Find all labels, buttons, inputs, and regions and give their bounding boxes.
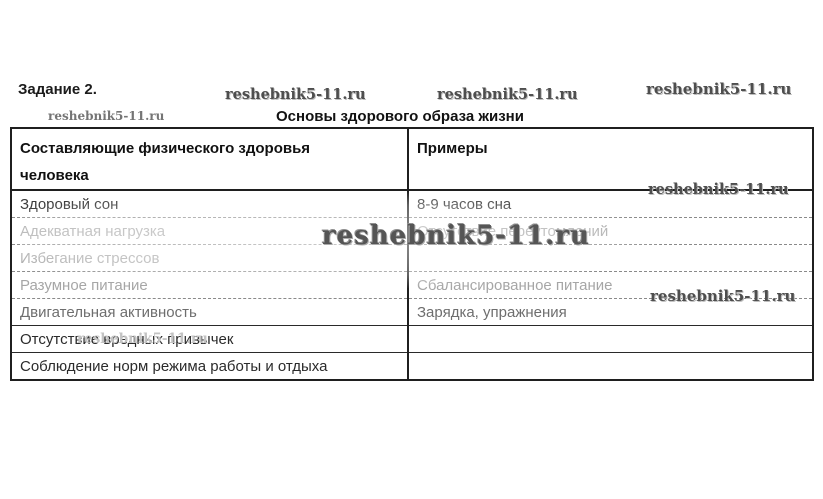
health-components-table: Составляющие физического здоровья челове… xyxy=(10,127,814,381)
header-cell-components: Составляющие физического здоровья челове… xyxy=(11,128,408,190)
header-cell-examples: Примеры xyxy=(408,128,813,190)
component-cell: Разумное питание xyxy=(11,272,408,299)
component-cell: Двигательная активность xyxy=(11,299,408,326)
example-cell xyxy=(408,353,813,381)
table-row: Отсутствие вредных привычек xyxy=(11,326,813,353)
example-cell: Отсутствие переутомлений xyxy=(408,218,813,245)
header-components-label: Составляющие физического здоровья челове… xyxy=(20,135,355,189)
component-cell: Здоровый сон xyxy=(11,190,408,218)
document-page: Задание 2. reshebnik5-11.ru reshebnik5-1… xyxy=(0,0,823,499)
component-cell: Избегание стрессов xyxy=(11,245,408,272)
table-row: Избегание стрессов xyxy=(11,245,813,272)
page-title: Основы здорового образа жизни xyxy=(0,108,800,125)
header-examples-label: Примеры xyxy=(417,140,488,157)
table-row: Адекватная нагрузка Отсутствие переутомл… xyxy=(11,218,813,245)
example-cell: Зарядка, упражнения xyxy=(408,299,813,326)
table-header-row: Составляющие физического здоровья челове… xyxy=(11,128,813,190)
table-row: Соблюдение норм режима работы и отдыха xyxy=(11,353,813,381)
table-row: Двигательная активность Зарядка, упражне… xyxy=(11,299,813,326)
table-row: Здоровый сон 8-9 часов сна xyxy=(11,190,813,218)
example-cell xyxy=(408,245,813,272)
watermark-text: reshebnik5-11.ru xyxy=(437,86,578,103)
table-row: Разумное питание Сбалансированное питани… xyxy=(11,272,813,299)
task-label: Задание 2. xyxy=(18,81,97,98)
component-cell: Соблюдение норм режима работы и отдыха xyxy=(11,353,408,381)
watermark-text: reshebnik5-11.ru xyxy=(225,86,366,103)
watermark-text: reshebnik5-11.ru xyxy=(646,80,791,98)
example-cell: Сбалансированное питание xyxy=(408,272,813,299)
example-cell: 8-9 часов сна xyxy=(408,190,813,218)
example-cell xyxy=(408,326,813,353)
component-cell: Отсутствие вредных привычек xyxy=(11,326,408,353)
component-cell: Адекватная нагрузка xyxy=(11,218,408,245)
